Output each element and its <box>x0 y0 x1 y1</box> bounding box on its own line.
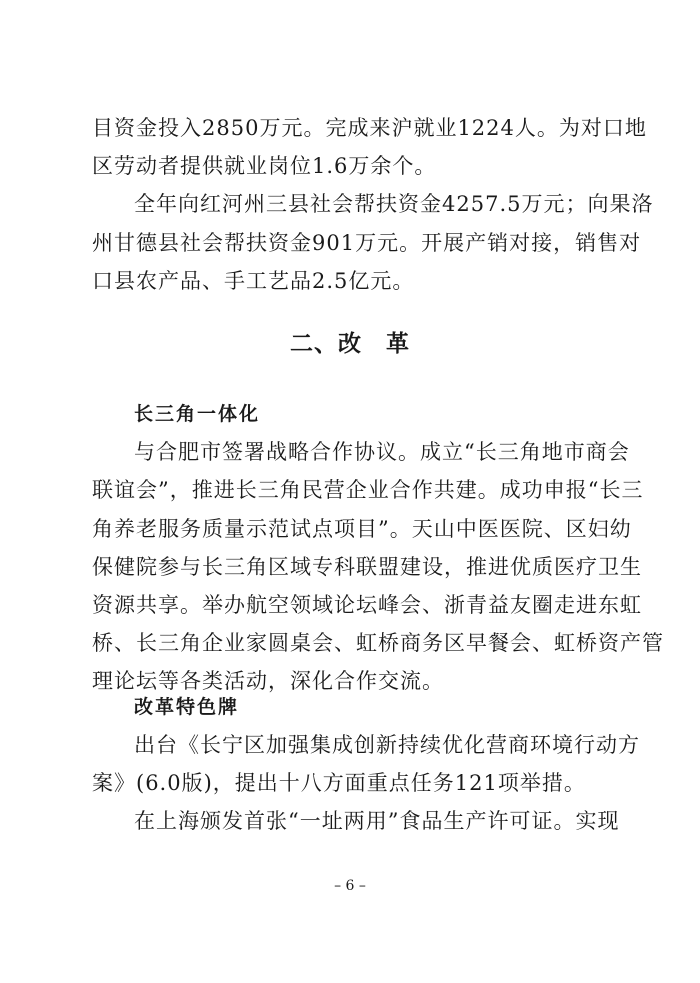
body-text-line: 口县农产品、手工艺品2.5亿元。 <box>92 262 614 300</box>
body-text-line: 区劳动者提供就业岗位1.6万余个。 <box>92 147 614 185</box>
body-text-line: 角养老服务质量示范试点项目”。天山中医医院、区妇幼 <box>92 510 614 548</box>
body-text-line: 目资金投入2850万元。完成来沪就业1224人。为对口地 <box>92 109 614 147</box>
body-text-line: 桥、长三角企业家圆桌会、虹桥商务区早餐会、虹桥资产管 <box>92 624 614 662</box>
section-heading-number: 二、改 <box>290 331 362 357</box>
body-text-line: 全年向红河州三县社会帮扶资金4257.5万元；向果洛 <box>134 185 614 223</box>
subsection-title: 改革特色牌 <box>134 688 239 726</box>
body-text-line: 联谊会”，推进长三角民营企业合作共建。成功申报“长三 <box>92 471 614 509</box>
body-text-line: 保健院参与长三角区域专科联盟建设，推进优质医疗卫生 <box>92 548 614 586</box>
body-text-line: 案》(6.0版)，提出十八方面重点任务121项举措。 <box>92 764 614 802</box>
body-text-line: 与合肥市签署战略合作协议。成立“长三角地市商会 <box>134 433 614 471</box>
body-text-line: 州甘德县社会帮扶资金901万元。开展产销对接，销售对 <box>92 224 614 262</box>
body-text-line: 出台《长宁区加强集成创新持续优化营商环境行动方 <box>134 726 614 764</box>
section-heading-rest: 革 <box>386 331 410 357</box>
body-text-line: 在上海颁发首张“一址两用”食品生产许可证。实现 <box>134 802 614 840</box>
document-page: 目资金投入2850万元。完成来沪就业1224人。为对口地 区劳动者提供就业岗位1… <box>0 0 700 983</box>
body-text-line: 资源共享。举办航空领域论坛峰会、浙青益友圈走进东虹 <box>92 586 614 624</box>
subsection-title: 长三角一体化 <box>134 395 260 433</box>
section-heading: 二、改革 <box>0 324 700 364</box>
page-number: – 6 – <box>0 876 700 896</box>
